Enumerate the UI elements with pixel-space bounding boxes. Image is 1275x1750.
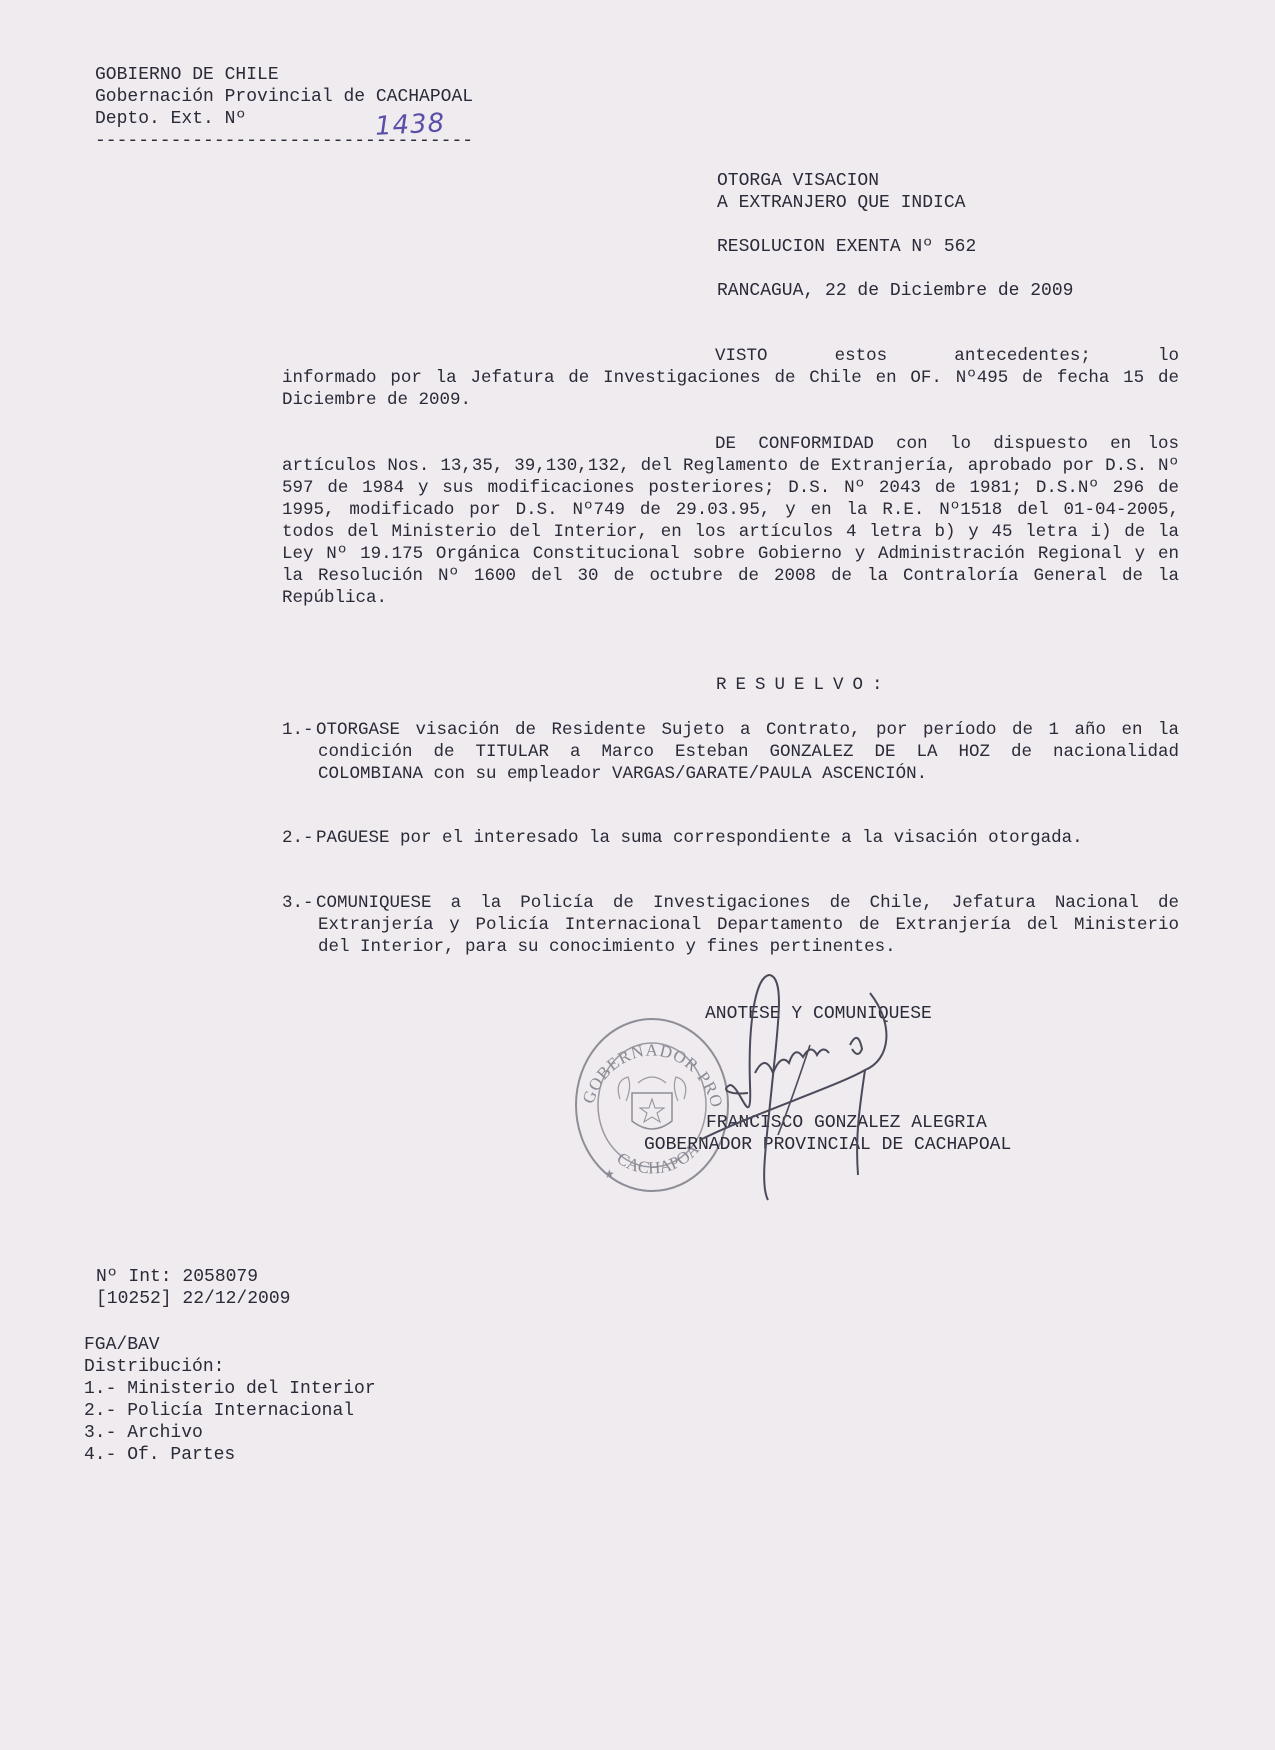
conformidad-lead: DE CONFORMIDAD con lo dispuesto en: [715, 434, 1131, 454]
visto-lead: VISTO estos antecedentes; lo: [715, 346, 1179, 366]
item-number: 3.-: [282, 892, 314, 914]
distribution-item: 4.- Of. Partes: [84, 1444, 376, 1466]
initials: FGA/BAV: [84, 1334, 376, 1356]
handwritten-department-number: 1438: [374, 108, 446, 142]
place-date: RANCAGUA, 22 de Diciembre de 2009: [717, 280, 1073, 302]
handwritten-signature-icon: [660, 965, 980, 1215]
visto-body: informado por la Jefatura de Investigaci…: [282, 368, 1179, 410]
resolution-number: RESOLUCION EXENTA Nº 562: [717, 236, 976, 258]
subject-line-1: OTORGA VISACION: [717, 170, 965, 192]
resuelvo-heading: RESUELVO:: [716, 674, 892, 696]
province-office: Gobernación Provincial de CACHAPOAL: [95, 86, 473, 108]
subject-line-2: A EXTRANJERO QUE INDICA: [717, 192, 965, 214]
internal-reference: Nº Int: 2058079[10252] 22/12/2009: [96, 1266, 290, 1310]
item-text: PAGUESE por el interesado la suma corres…: [282, 827, 1179, 849]
visto-paragraph: VISTO estos antecedentes; lo informado p…: [282, 345, 1179, 411]
subject-block: OTORGA VISACIONA EXTRANJERO QUE INDICA: [717, 170, 965, 214]
reference-date: [10252] 22/12/2009: [96, 1288, 290, 1310]
distribution-item: 1.- Ministerio del Interior: [84, 1378, 376, 1400]
distribution-item: 3.- Archivo: [84, 1422, 376, 1444]
resolution-item: 2.- PAGUESE por el interesado la suma co…: [282, 827, 1179, 849]
resolution-item: 1.- OTORGASE visación de Residente Sujet…: [282, 719, 1179, 785]
resolution-item: 3.- COMUNIQUESE a la Policía de Investig…: [282, 892, 1179, 958]
conformidad-paragraph: DE CONFORMIDAD con lo dispuesto en los a…: [282, 433, 1179, 609]
conformidad-body: los artículos Nos. 13,35, 39,130,132, de…: [282, 434, 1179, 608]
government-name: GOBIERNO DE CHILE: [95, 64, 473, 86]
distribution-item: 2.- Policía Internacional: [84, 1400, 376, 1422]
item-number: 2.-: [282, 827, 314, 849]
distribution-block: FGA/BAVDistribución:1.- Ministerio del I…: [84, 1334, 376, 1466]
internal-number: Nº Int: 2058079: [96, 1266, 290, 1288]
item-text: OTORGASE visación de Residente Sujeto a …: [282, 719, 1179, 785]
svg-text:★: ★: [604, 1167, 615, 1181]
item-text: COMUNIQUESE a la Policía de Investigacio…: [282, 892, 1179, 958]
item-number: 1.-: [282, 719, 314, 741]
distribution-label: Distribución:: [84, 1356, 376, 1378]
